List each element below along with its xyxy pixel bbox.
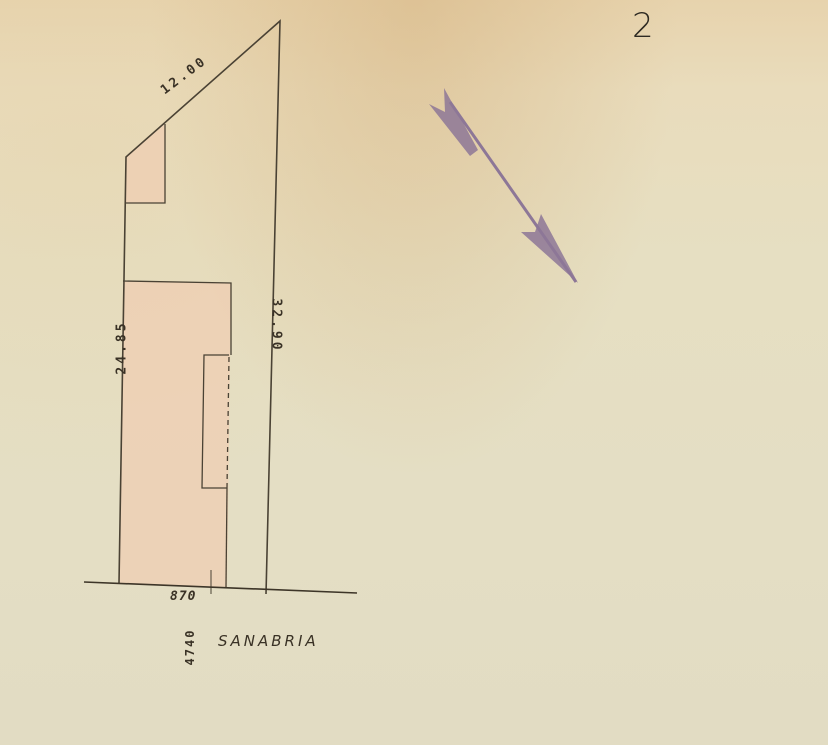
house-number: 870 xyxy=(170,589,196,604)
old-house-number: 4740 xyxy=(183,625,197,669)
arrow-icon xyxy=(429,88,578,283)
plan-sheet: 2 12.00 24.85 32.90 870 4740 SANABRIA xyxy=(0,0,828,745)
street-name: SANABRIA xyxy=(218,632,319,650)
rear-building-fill xyxy=(126,124,165,203)
page-number: 2 xyxy=(632,6,654,46)
left-dimension-label: 24.85 xyxy=(115,318,130,378)
right-dimension-label: 32.90 xyxy=(269,296,284,356)
main-building-fill xyxy=(119,281,231,587)
